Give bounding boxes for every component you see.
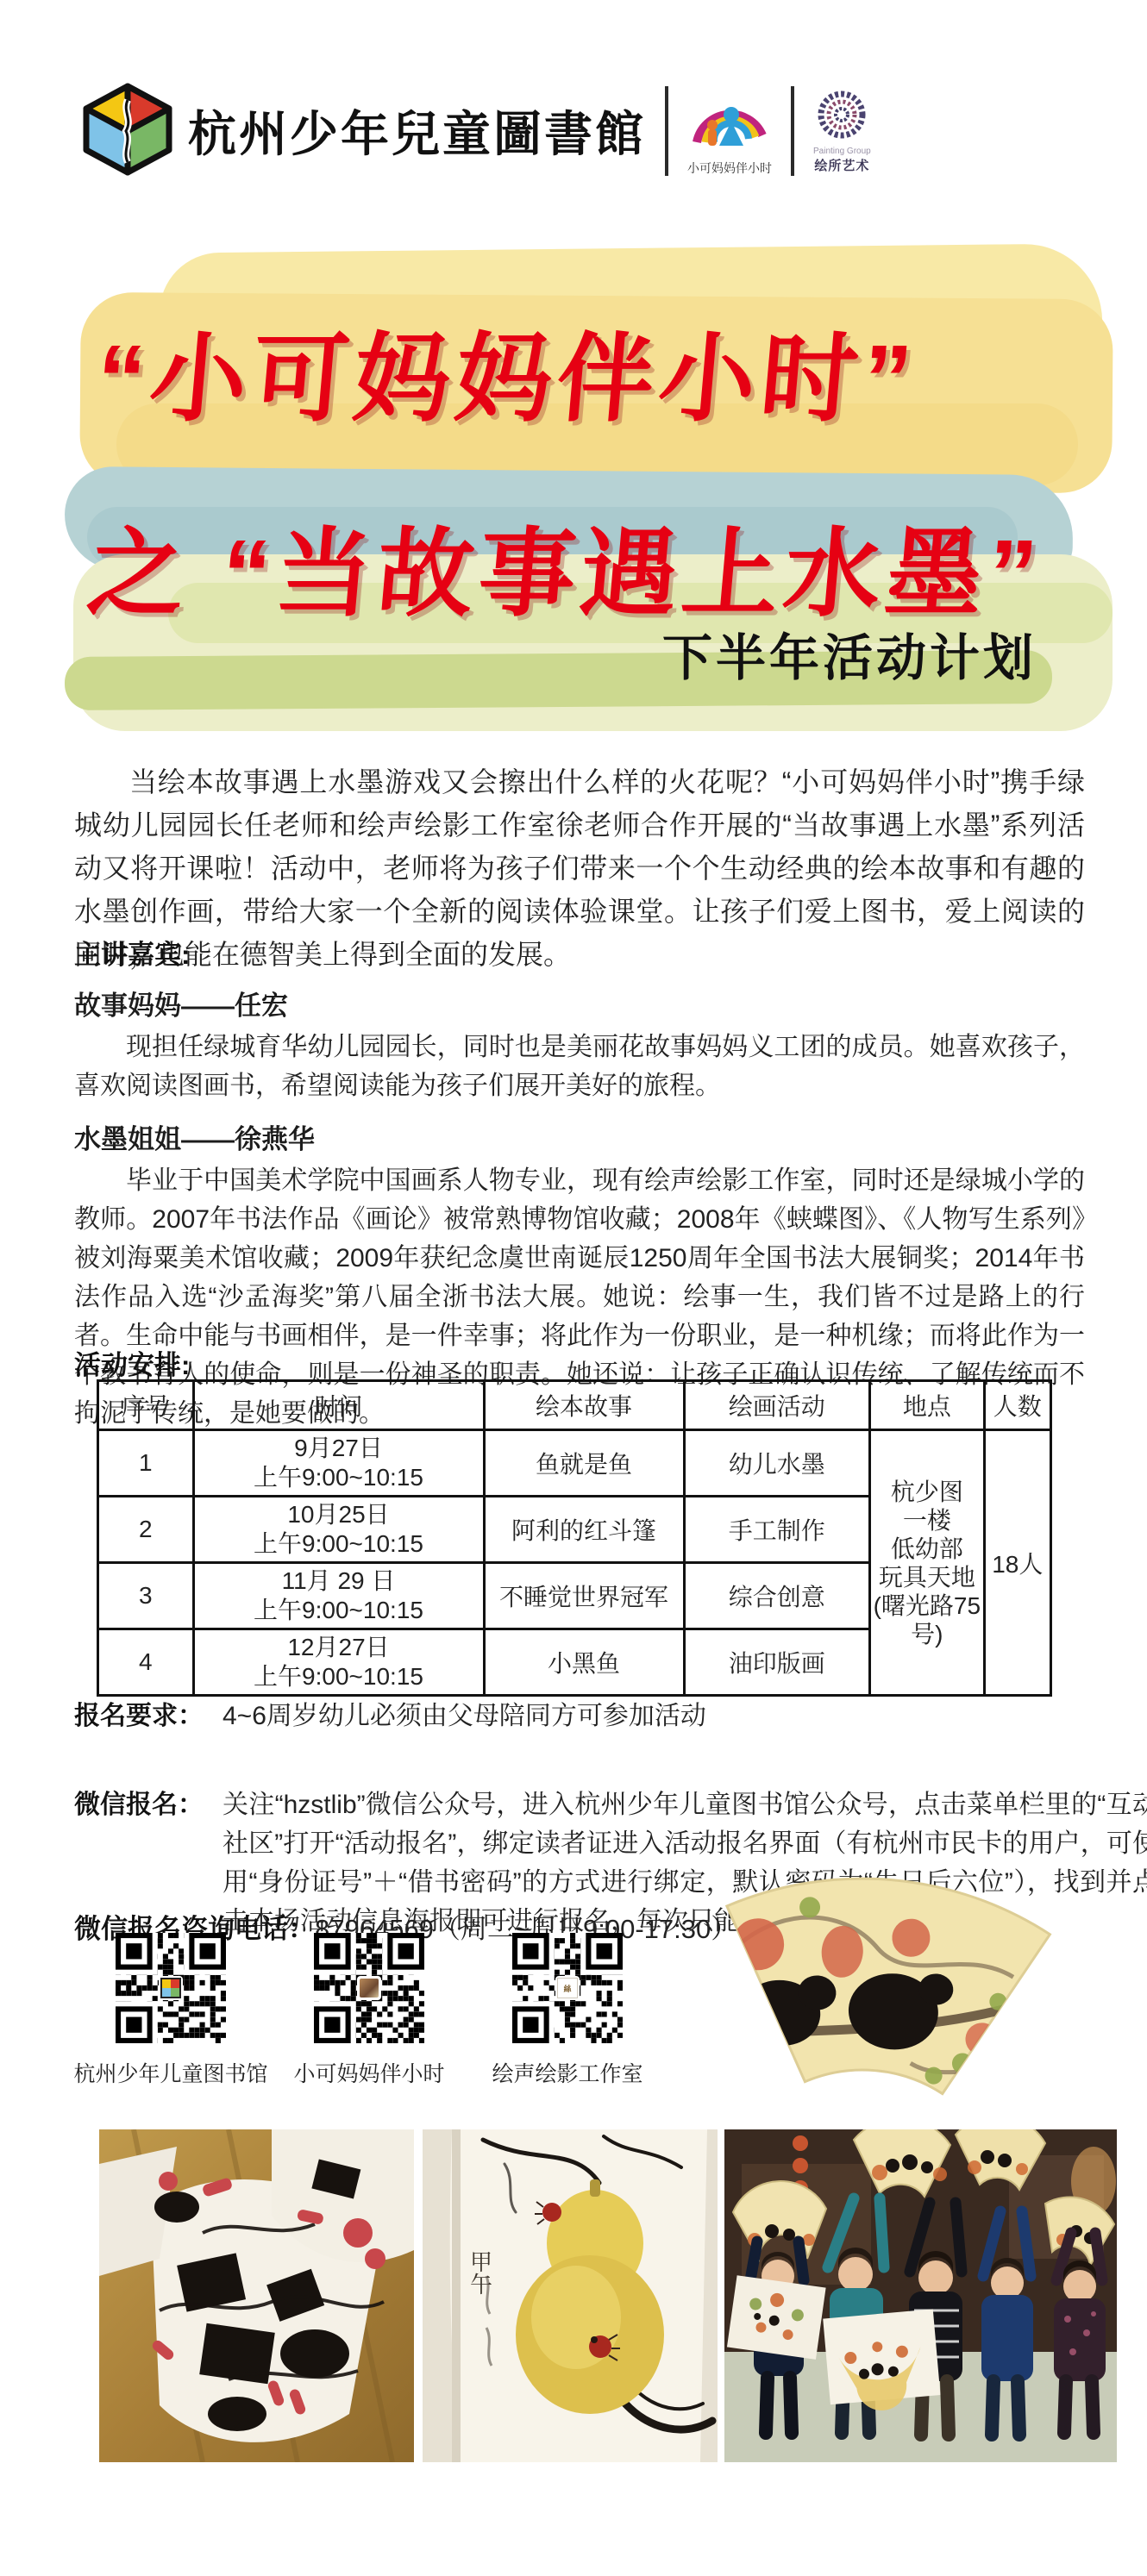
col-capacity: 人数 xyxy=(984,1381,1050,1430)
col-no: 序号 xyxy=(98,1381,194,1430)
cell-capacity: 18人 xyxy=(984,1430,1050,1696)
qr-center-logo xyxy=(357,1976,381,2000)
header: 杭州少年兒童圖書館 小可妈妈伴小时 Pai xyxy=(79,71,871,191)
qr-center-logo: 絲 xyxy=(555,1976,580,2000)
art-logo: Painting Group 绘所艺术 xyxy=(813,89,871,174)
title-line2: 之 “当故事遇上水墨” xyxy=(83,497,1048,635)
cell-activity: 油印版画 xyxy=(684,1629,869,1696)
col-time: 时间 xyxy=(193,1381,484,1430)
cell-story: 鱼就是鱼 xyxy=(484,1430,684,1497)
title-line1: “小可妈妈伴小时” xyxy=(91,302,923,441)
cell-time: 11月 29 日 上午9:00~10:15 xyxy=(193,1563,484,1629)
cell-story: 小黑鱼 xyxy=(484,1629,684,1696)
cell-activity: 手工制作 xyxy=(684,1497,869,1563)
photo-fan-artworks xyxy=(99,2129,414,2462)
cell-location: 杭少图 一楼 低幼部 玩具天地 (曙光路75号) xyxy=(870,1430,985,1696)
photo-strip: 甲午 xyxy=(99,2129,1117,2462)
wechat-label: 微信报名： xyxy=(74,1785,204,1824)
cell-time: 12月27日 上午9:00~10:15 xyxy=(193,1629,484,1696)
poster: 杭州少年兒童圖書館 小可妈妈伴小时 Pai xyxy=(0,0,1147,2576)
qr-item-program: 小可妈妈伴小时 xyxy=(295,1933,443,2088)
cell-story: 不睡觉世界冠军 xyxy=(484,1563,684,1629)
qr-code-library xyxy=(116,1933,226,2043)
cell-no: 3 xyxy=(98,1563,194,1629)
qr-center-logo xyxy=(159,1976,183,2000)
speakers-section: 主讲嘉宾: 故事妈妈——任宏 现担任绿城育华幼儿园园长，同时也是美丽花故事妈妈义… xyxy=(74,933,1085,1433)
title-block: “小可妈妈伴小时” 之 “当故事遇上水墨” 下半年活动计划 xyxy=(65,248,1113,724)
header-divider xyxy=(791,86,794,176)
photo-children-artworks xyxy=(724,2129,1117,2462)
header-divider xyxy=(665,86,668,176)
cell-activity: 幼儿水墨 xyxy=(684,1430,869,1497)
cell-time: 10月25日 上午9:00~10:15 xyxy=(193,1497,484,1563)
speakers-heading: 主讲嘉宾: xyxy=(74,933,1085,972)
speaker-name: 水墨姐姐——徐燕华 xyxy=(74,1117,1085,1156)
speaker-bio: 现担任绿城育华幼儿园园长，同时也是美丽花故事妈妈义工团的成员。她喜欢孩子，喜欢阅… xyxy=(74,1028,1085,1105)
cell-story: 阿利的红斗篷 xyxy=(484,1497,684,1563)
table-header-row: 序号 时间 绘本故事 绘画活动 地点 人数 xyxy=(98,1381,1051,1430)
requirement-label: 报名要求： xyxy=(74,1697,204,1735)
art-logo-caption-cn: 绘所艺术 xyxy=(814,156,869,174)
schedule-heading: 活动安排: xyxy=(74,1343,190,1382)
title-subtitle: 下半年活动计划 xyxy=(662,617,1037,690)
photo-gourd-painting: 甲午 xyxy=(423,2129,718,2462)
art-group-logo-icon xyxy=(813,89,870,146)
program-logo-caption: 小可妈妈伴小时 xyxy=(687,159,772,177)
qr-item-library: 杭州少年儿童图书馆 xyxy=(97,1933,245,2088)
qr-label: 小可妈妈伴小时 xyxy=(294,2057,445,2088)
requirement-text: 4~6周岁幼儿必须由父母陪同方可参加活动 xyxy=(223,1702,706,1730)
brand-title: 杭州少年兒童圖書館 xyxy=(188,97,646,166)
col-location: 地点 xyxy=(870,1381,985,1430)
col-activity: 绘画活动 xyxy=(684,1381,869,1430)
cell-no: 2 xyxy=(98,1497,194,1563)
qr-label: 绘声绘影工作室 xyxy=(492,2057,643,2088)
cell-activity: 综合创意 xyxy=(684,1563,869,1629)
table-row: 1 9月27日 上午9:00~10:15 鱼就是鱼 幼儿水墨 杭少图 一楼 低幼… xyxy=(98,1430,1051,1497)
cell-no: 4 xyxy=(98,1629,194,1696)
rainbow-logo-icon xyxy=(692,85,768,158)
col-story: 绘本故事 xyxy=(484,1381,684,1430)
qr-label: 杭州少年儿童图书馆 xyxy=(74,2057,268,2088)
schedule-table: 序号 时间 绘本故事 绘画活动 地点 人数 1 9月27日 上午9:00~10:… xyxy=(97,1379,1052,1697)
cell-time: 9月27日 上午9:00~10:15 xyxy=(193,1430,484,1497)
qr-item-studio: 絲 绘声绘影工作室 xyxy=(493,1933,642,2088)
requirement-line: 报名要求： 4~6周岁幼儿必须由父母陪同方可参加活动 xyxy=(74,1697,1085,1735)
qr-code-program xyxy=(314,1933,424,2043)
speaker-name: 故事妈妈——任宏 xyxy=(74,984,1085,1022)
library-logo-icon xyxy=(79,81,176,182)
program-logo: 小可妈妈伴小时 xyxy=(687,85,772,177)
art-logo-caption-en: Painting Group xyxy=(813,147,871,156)
fan-ink-painting xyxy=(700,1854,1062,2104)
cell-no: 1 xyxy=(98,1430,194,1497)
qr-code-studio: 絲 xyxy=(512,1933,623,2043)
qr-group: 杭州少年儿童图书馆 小可妈妈伴小时 絲 绘声绘影工作室 xyxy=(97,1933,642,2088)
